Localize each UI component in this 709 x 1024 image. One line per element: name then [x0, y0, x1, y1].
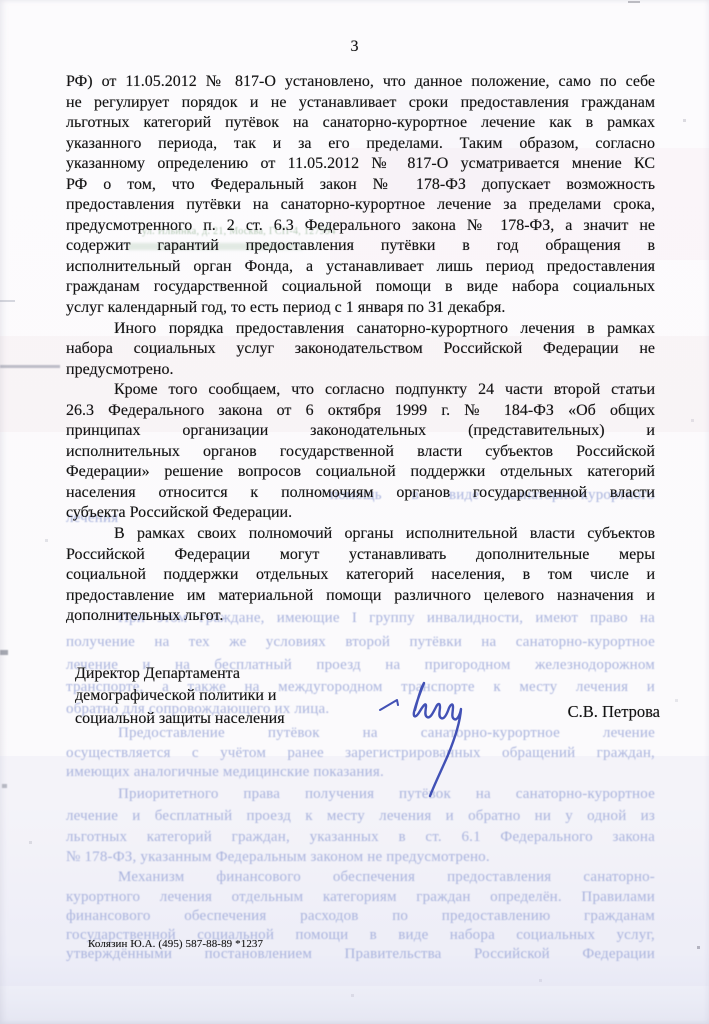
document-body: РФ) от 11.05.2012 № 817-О установлено, ч…: [66, 72, 655, 627]
body-text-line: принципах организации законодательных (п…: [66, 421, 655, 442]
body-text-line: исполнительный орган Фонда, а устанавлив…: [66, 257, 655, 278]
body-text-line: Российской Федерации могут устанавливать…: [66, 545, 655, 566]
signature-position-line: социальной защиты населения: [75, 708, 375, 730]
body-text-line: Кроме того сообщаем, что согласно подпун…: [66, 380, 655, 401]
body-text-line: не регулирует порядок и не устанавливает…: [66, 93, 655, 114]
handwritten-signature: [368, 676, 478, 806]
body-text-line: набора социальных услуг законодательство…: [66, 339, 655, 360]
signature-main-stroke: [414, 683, 461, 796]
signature-position-line: Директор Департамента: [75, 663, 375, 685]
executor-contact-line: Колязин Ю.А. (495) 587-88-89 *1237: [88, 938, 263, 950]
signature-position-lines: Директор Департаментадемографической пол…: [75, 663, 375, 730]
body-text-line: Федерации» решение вопросов социальной п…: [66, 462, 655, 483]
body-text-line: В рамках своих полномочий органы исполни…: [66, 524, 655, 545]
body-text-line: указанному определению от 11.05.2012 № 8…: [66, 154, 655, 175]
body-text-line: содержит гарантий предоставления путёвки…: [66, 236, 655, 257]
body-text-line: Иного порядка предоставления санаторно-к…: [66, 319, 655, 340]
body-text-line: предоставление им материальной помощи ра…: [66, 586, 655, 607]
body-text-line: предоставления путёвки на санаторно-куро…: [66, 195, 655, 216]
body-text-line: субъекта Российской Федерации.: [66, 503, 655, 524]
body-text-line: социальной поддержки отдельных категорий…: [66, 565, 655, 586]
body-text-line: льготных категорий путёвок на санаторно-…: [66, 113, 655, 134]
body-text-line: указанного периода, так и за его предела…: [66, 134, 655, 155]
body-text-line: исполнительных органов государственной в…: [66, 442, 655, 463]
signature-position-line: демографической политики и: [75, 685, 375, 707]
body-text-line: гражданам государственной социальной пом…: [66, 277, 655, 298]
body-text-line: предусмотренного п. 2 ст. 6.3 Федерально…: [66, 216, 655, 237]
body-text-line: дополнительных льгот.: [66, 606, 655, 627]
body-text-line: услуг календарный год, то есть период с …: [66, 298, 655, 319]
page-number: 3: [0, 38, 709, 56]
typed-text-layer: 3 РФ) от 11.05.2012 № 817-О установлено,…: [0, 0, 709, 1024]
signature-chevron-stroke: [380, 700, 398, 710]
body-text-line: РФ о том, что Федеральный закон № 178-ФЗ…: [66, 175, 655, 196]
scanned-letter-page: ул. Ильинка, д. 21, Москва, ГСП-4, 12799…: [0, 0, 709, 1024]
body-text-line: РФ) от 11.05.2012 № 817-О установлено, ч…: [66, 72, 655, 93]
body-text-line: предусмотрено.: [66, 360, 655, 381]
body-text-line: населения относится к полномочиям органо…: [66, 483, 655, 504]
body-text-line: 26.3 Федерального закона от 6 октября 19…: [66, 401, 655, 422]
signer-name: С.В. Петрова: [568, 702, 660, 722]
